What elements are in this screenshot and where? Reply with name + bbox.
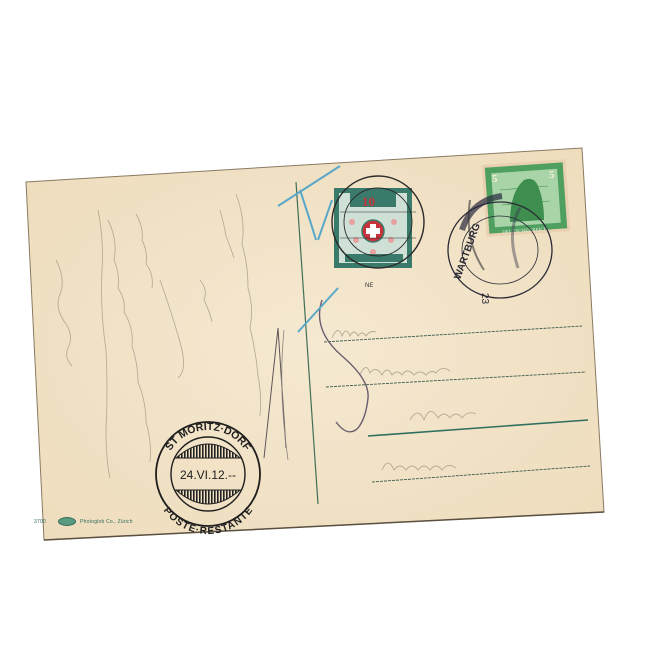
printed-footer: 3700 Photoglob Co., Zürich — [34, 517, 133, 526]
svg-text:5: 5 — [549, 169, 555, 181]
svg-text:10: 10 — [362, 194, 375, 209]
svg-text:5: 5 — [492, 173, 498, 185]
postcard-drawing: 5 5 DEUTSCHES REICH WARTBURG 23 10 — [0, 0, 650, 650]
card-number: 3700 — [34, 519, 46, 525]
wartburg-date: 23 — [479, 293, 490, 305]
svg-text:24.VI.12.--: 24.VI.12.-- — [180, 468, 236, 482]
publisher-name: Photoglob Co., Zürich — [80, 519, 133, 525]
postcard: 5 5 DEUTSCHES REICH WARTBURG 23 10 — [0, 0, 650, 650]
publisher-logo-icon — [58, 517, 76, 526]
swiss-postmark-fragment: NE — [365, 283, 373, 289]
